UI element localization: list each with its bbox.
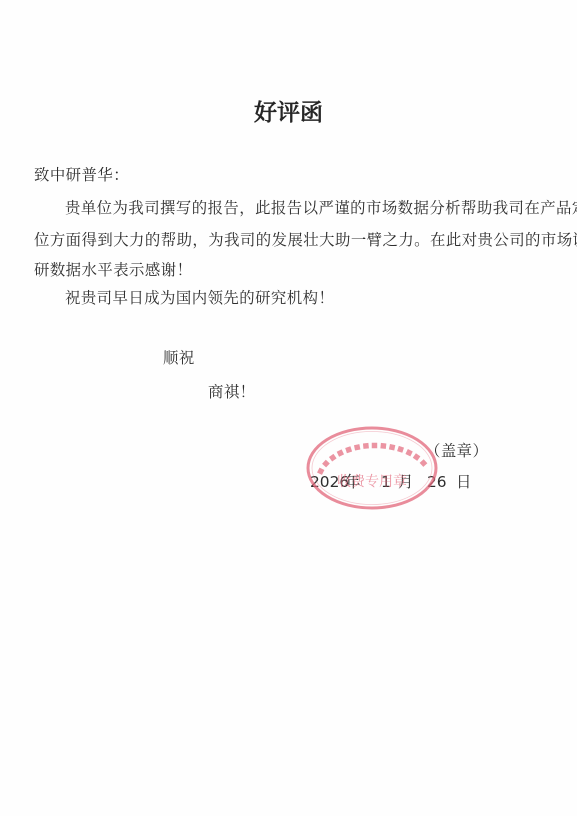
seal-icon: ▪▪▪▪▪▪▪▪▪▪▪▪▪▪ 收费专用章 bbox=[304, 424, 440, 512]
letter-page: 好评函 致中研普华： 贵单位为我司撰写的报告，此报告以严谨的市场数据分析帮助我司… bbox=[0, 0, 577, 816]
date-year: 2026 bbox=[310, 472, 349, 492]
date-day: 26 bbox=[427, 472, 447, 492]
letter-title: 好评函 bbox=[0, 98, 577, 128]
signature-date: 2026 年 1 月 26 日 bbox=[0, 472, 577, 492]
closing-greeting: 顺祝 bbox=[163, 348, 195, 368]
body-line-4: 祝贵司早日成为国内领先的研究机构！ bbox=[65, 288, 334, 308]
company-seal-stamp: ▪▪▪▪▪▪▪▪▪▪▪▪▪▪ 收费专用章 bbox=[304, 424, 440, 512]
body-line-3: 研数据水平表示感谢！ bbox=[34, 260, 192, 280]
seal-note: （盖章） bbox=[425, 441, 488, 461]
date-year-unit: 年 bbox=[345, 472, 360, 492]
body-line-2: 位方面得到大力的帮助，为我司的发展壮大助一臂之力。在此对贵公司的市场调 bbox=[34, 230, 577, 250]
date-month: 1 bbox=[381, 472, 391, 492]
date-month-unit: 月 bbox=[398, 472, 413, 492]
body-line-1: 贵单位为我司撰写的报告，此报告以严谨的市场数据分析帮助我司在产品定 bbox=[65, 198, 577, 218]
closing-regards: 商祺！ bbox=[208, 382, 256, 402]
salutation: 致中研普华： bbox=[34, 165, 129, 185]
date-day-unit: 日 bbox=[456, 472, 471, 492]
